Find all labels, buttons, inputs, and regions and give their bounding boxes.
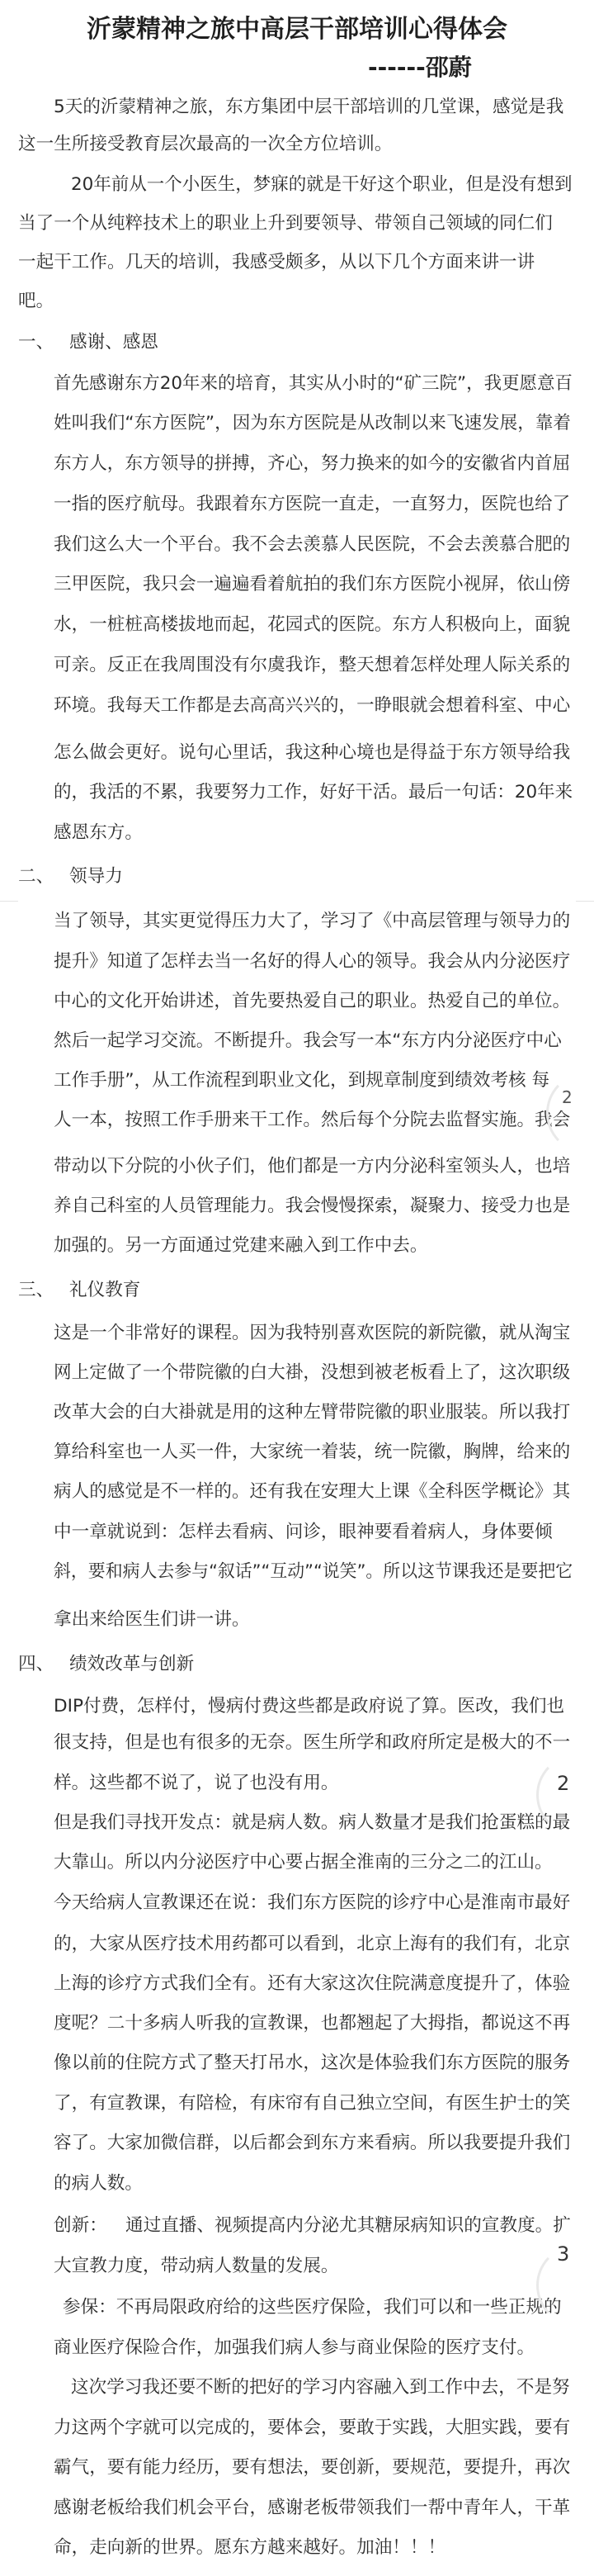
body-line: 我们这么大一个平台。我不会去羡慕人民医院，不会去羡慕合肥的: [54, 533, 570, 557]
body-line: 一指的医疗航母。我跟着东方医院一直走，一直努力，医院也给了: [54, 492, 570, 517]
body-line: DIP付费，怎样付，慢病付费这些都是政府说了算。医改，我们也: [54, 1694, 564, 1719]
body-line: 中心的文化开始讲述，首先要热爱自己的职业。热爱自己的单位。: [54, 989, 570, 1014]
closing-line: 感谢老板给我们机会平台，感谢老板带领我们一帮中青年人，干革: [54, 2496, 570, 2521]
divider: [0, 901, 18, 902]
body-line: 斜，要和病人去参与“叙话”“互动”“说笑”。所以这节课我还是要把它: [54, 1560, 573, 1584]
innovation-text: 通过直播、视频提高内分泌尤其糖尿病知识的宣教度。扩: [125, 2215, 571, 2236]
page-number-marker: 2: [557, 1772, 569, 1795]
body-line: 很支持，但是也有很多的无奈。医生所学和政府所定是极大的不一: [54, 1731, 570, 1755]
document-page: 沂蒙精神之旅中高层干部培训心得体会 ------邵蔚 5天的沂蒙精神之旅，东方集…: [0, 0, 594, 2576]
body-line: 度呢？二十多病人听我的宣教课，也都翘起了大拇指，都说这不再: [54, 2011, 570, 2036]
section-title: 感谢、感恩: [69, 332, 158, 353]
body-line: 网上定做了一个带院徽的白大褂，没想到被老板看上了，这次职级: [54, 1361, 570, 1385]
body-line: 今天给病人宣教课还在说：我们东方医院的诊疗中心是淮南市最好: [54, 1891, 570, 1915]
body-line: 姓叫我们“东方医院”，因为东方医院是从改制以来飞速发展，靠着: [54, 411, 571, 436]
document-author: ------邵蔚: [368, 50, 472, 83]
section-number: 三、: [18, 1278, 69, 1303]
section-number: 二、: [18, 864, 69, 889]
insurance-line: 参保：不再局限政府给的这些医疗保险，我们可以和一些正规的: [63, 2295, 562, 2320]
body-line: 感恩东方。: [54, 821, 143, 845]
intro-line: 5天的沂蒙精神之旅，东方集团中层干部培训的几堂课，感觉是我: [54, 95, 563, 120]
body-line: 养自己科室的人员管理能力。我会慢慢探索，凝聚力、接受力也是: [54, 1194, 570, 1219]
body-line: 人一本，按照工作手册来干工作。然后每个分院去监督实施。我会: [54, 1108, 570, 1133]
body-line: 水，一桩桩高楼拔地而起，花园式的医院。东方人积极向上，面貌: [54, 613, 570, 637]
innovation-label: 创新：: [54, 2214, 125, 2238]
section-heading-3: 三、礼仪教育: [18, 1278, 140, 1303]
section-title: 绩效改革与创新: [69, 1654, 194, 1674]
section-heading-2: 二、领导力: [18, 864, 123, 889]
intro-line: 一起干工作。几天的培训，我感受颇多，从以下几个方面来讲一讲: [18, 250, 535, 275]
body-line: 可亲。反正在我周围没有尔虞我诈，整天想着怎样处理人际关系的: [54, 653, 570, 678]
body-line: 大靠山。所以内分泌医疗中心要占据全淮南的三分之二的江山。: [54, 1850, 553, 1875]
page-number-marker: 3: [557, 2242, 569, 2266]
body-line: 当了领导，其实更觉得压力大了，学习了《中高层管理与领导力的: [54, 909, 570, 934]
body-line: 了，有宣教课，有陪检，有床帘有自己独立空间，有医生护士的笑: [54, 2091, 570, 2116]
body-line: 样。这些都不说了，说了也没有用。: [54, 1771, 339, 1796]
body-line: 中一章就说到：怎样去看病、问诊，眼神要看着病人，身体要倾: [54, 1520, 553, 1545]
body-line: 上海的诊疗方式我们全有。还有大家这次住院满意度提升了，体验: [54, 1972, 570, 1996]
body-line: 容了。大家加微信群，以后都会到东方来看病。所以我要提升我们: [54, 2131, 570, 2156]
body-line: 然后一起学习交流。不断提升。我会写一本“东方内分泌医疗中心: [54, 1029, 562, 1054]
closing-line: 霸气，要有能力经历，要有想法，要创新，要规范，要提升，再次: [54, 2455, 570, 2480]
section-number: 四、: [18, 1652, 69, 1677]
section-heading-1: 一、感谢、感恩: [18, 330, 158, 355]
closing-line: 力这两个字就可以完成的，要体会，要敢于实践，大胆实践，要有: [54, 2416, 570, 2441]
intro-line: 20年前从一个小医生，梦寐的就是干好这个职业，但是没有想到: [71, 173, 573, 197]
body-line: 病人的感觉是不一样的。还有我在安理大上课《全科医学概论》其: [54, 1480, 570, 1504]
body-line: 提升》知道了怎样去当一名好的得人心的领导。我会从内分泌医疗: [54, 949, 570, 974]
body-line: 东方人，东方领导的拼搏，齐心，努力换来的如今的安徽省内首屈: [54, 452, 570, 476]
body-line: 改革大会的白大褂就是用的这种左臂带院徽的职业服装。所以我打: [54, 1400, 570, 1425]
section-title: 礼仪教育: [69, 1280, 140, 1300]
innovation-line: 创新：通过直播、视频提高内分泌尤其糖尿病知识的宣教度。扩: [54, 2214, 571, 2238]
body-line: 工作手册”，从工作流程到职业文化，到规章制度到绩效考核 每: [54, 1068, 549, 1093]
body-line: 算给科室也一人买一件，大家统一着装，统一院徽，胸牌，给来的: [54, 1440, 570, 1465]
body-line: 这是一个非常好的课程。因为我特别喜欢医院的新院徽，就从淘宝: [54, 1321, 570, 1346]
closing-line: 命，走向新的世界。愿东方越来越好。加油！！！: [54, 2536, 445, 2560]
body-line: 三甲医院，我只会一遍遍看着航拍的我们东方医院小视屏，依山傍: [54, 572, 570, 597]
section-title: 领导力: [69, 866, 123, 887]
body-line: 拿出来给医生们讲一讲。: [54, 1608, 250, 1632]
body-line: 首先感谢东方20年来的培育，其实从小时的“矿三院”，我更愿意百: [54, 372, 573, 396]
intro-line: 这一生所接受教育层次最高的一次全方位培训。: [18, 132, 392, 157]
body-line: 的，我活的不累，我要努力工作，好好干活。最后一句话：20年来: [54, 780, 573, 805]
body-line: 像以前的住院方式了整天打吊水，这次是体验我们东方医院的服务: [54, 2051, 570, 2076]
page-number-marker: 2: [562, 1087, 573, 1107]
intro-line: 当了一个从纯粹技术上的职业上升到要领导、带领自己领域的同仁们: [18, 211, 553, 236]
insurance-line: 商业医疗保险合作，加强我们病人参与商业保险的医疗支付。: [54, 2336, 535, 2361]
section-number: 一、: [18, 330, 69, 355]
intro-line: 吧。: [18, 289, 54, 314]
body-line: 但是我们寻找开发点：就是病人数。病人数量才是我们抢蛋糕的最: [54, 1811, 570, 1835]
body-line: 的，大家从医疗技术用药都可以看到，北京上海有的我们有，北京: [54, 1932, 570, 1957]
body-line: 环境。我每天工作都是去高高兴兴的，一睁眼就会想着科室、中心: [54, 694, 570, 718]
document-title: 沂蒙精神之旅中高层干部培训心得体会: [0, 8, 594, 45]
page-curl-arc: [546, 1073, 594, 1153]
body-line: 怎么做会更好。说句心里话，我这种心境也是得益于东方领导给我: [54, 741, 570, 765]
body-line: 带动以下分院的小伙子们，他们都是一方内分泌科室领头人，也培: [54, 1154, 570, 1179]
body-line: 加强的。另一方面通过党建来融入到工作中去。: [54, 1234, 427, 1258]
body-line: 的病人数。: [54, 2171, 143, 2196]
section-heading-4: 四、绩效改革与创新: [18, 1652, 194, 1677]
innovation-line: 大宣教力度，带动病人数量的发展。: [54, 2254, 339, 2279]
closing-line: 这次学习我还要不断的把好的学习内容融入到工作中去，不是努: [71, 2375, 570, 2400]
divider: [576, 901, 594, 902]
